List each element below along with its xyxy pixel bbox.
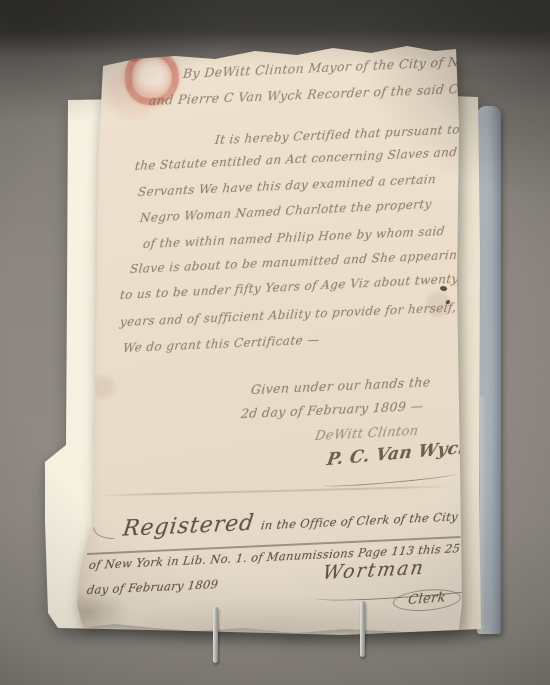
paper-crease bbox=[95, 485, 455, 496]
registration-line: day of February 1809 bbox=[86, 577, 219, 597]
manuscript-line: and Pierre C Van Wyck Recorder of the sa… bbox=[148, 80, 494, 108]
manuscript-line: years and of sufficient Ability to provi… bbox=[119, 300, 457, 329]
manuscript-line: By DeWitt Clinton Mayor of the City of N… bbox=[182, 52, 513, 81]
display-pin-right bbox=[360, 601, 365, 657]
document-paper-wrap: By DeWitt Clinton Mayor of the City of N… bbox=[75, 44, 470, 636]
dateline: Given under our hands the bbox=[250, 374, 431, 397]
document-paper: By DeWitt Clinton Mayor of the City of N… bbox=[75, 44, 470, 636]
registration-lead-word: Registered bbox=[121, 511, 256, 542]
manuscript-line: We do grant this Certificate — bbox=[122, 332, 320, 355]
photograph-of-manumission-certificate: By DeWitt Clinton Mayor of the City of N… bbox=[0, 0, 550, 685]
manuscript-line: of the within named Philip Hone by whom … bbox=[142, 224, 445, 251]
manuscript-line: to us to be under fifty Years of Age Viz… bbox=[119, 271, 459, 302]
manuscript-line: the Statute entitled an Act concerning S… bbox=[134, 145, 458, 173]
signature-clerk: Wortman bbox=[321, 557, 426, 585]
display-pin-left bbox=[213, 607, 218, 663]
manuscript-line: Negro Woman Named Charlotte the property bbox=[139, 197, 432, 225]
dateline: 2d day of February 1809 — bbox=[240, 398, 424, 421]
manuscript-line: Servants We have this day examined a cer… bbox=[137, 172, 436, 199]
manuscript-line: It is hereby Certified that pursuant to bbox=[214, 122, 460, 147]
signature-mayor: DeWitt Clinton bbox=[314, 424, 420, 445]
manuscript-line: Slave is about to be manumitted and She … bbox=[129, 247, 466, 276]
calligraphic-flourish bbox=[92, 526, 117, 540]
